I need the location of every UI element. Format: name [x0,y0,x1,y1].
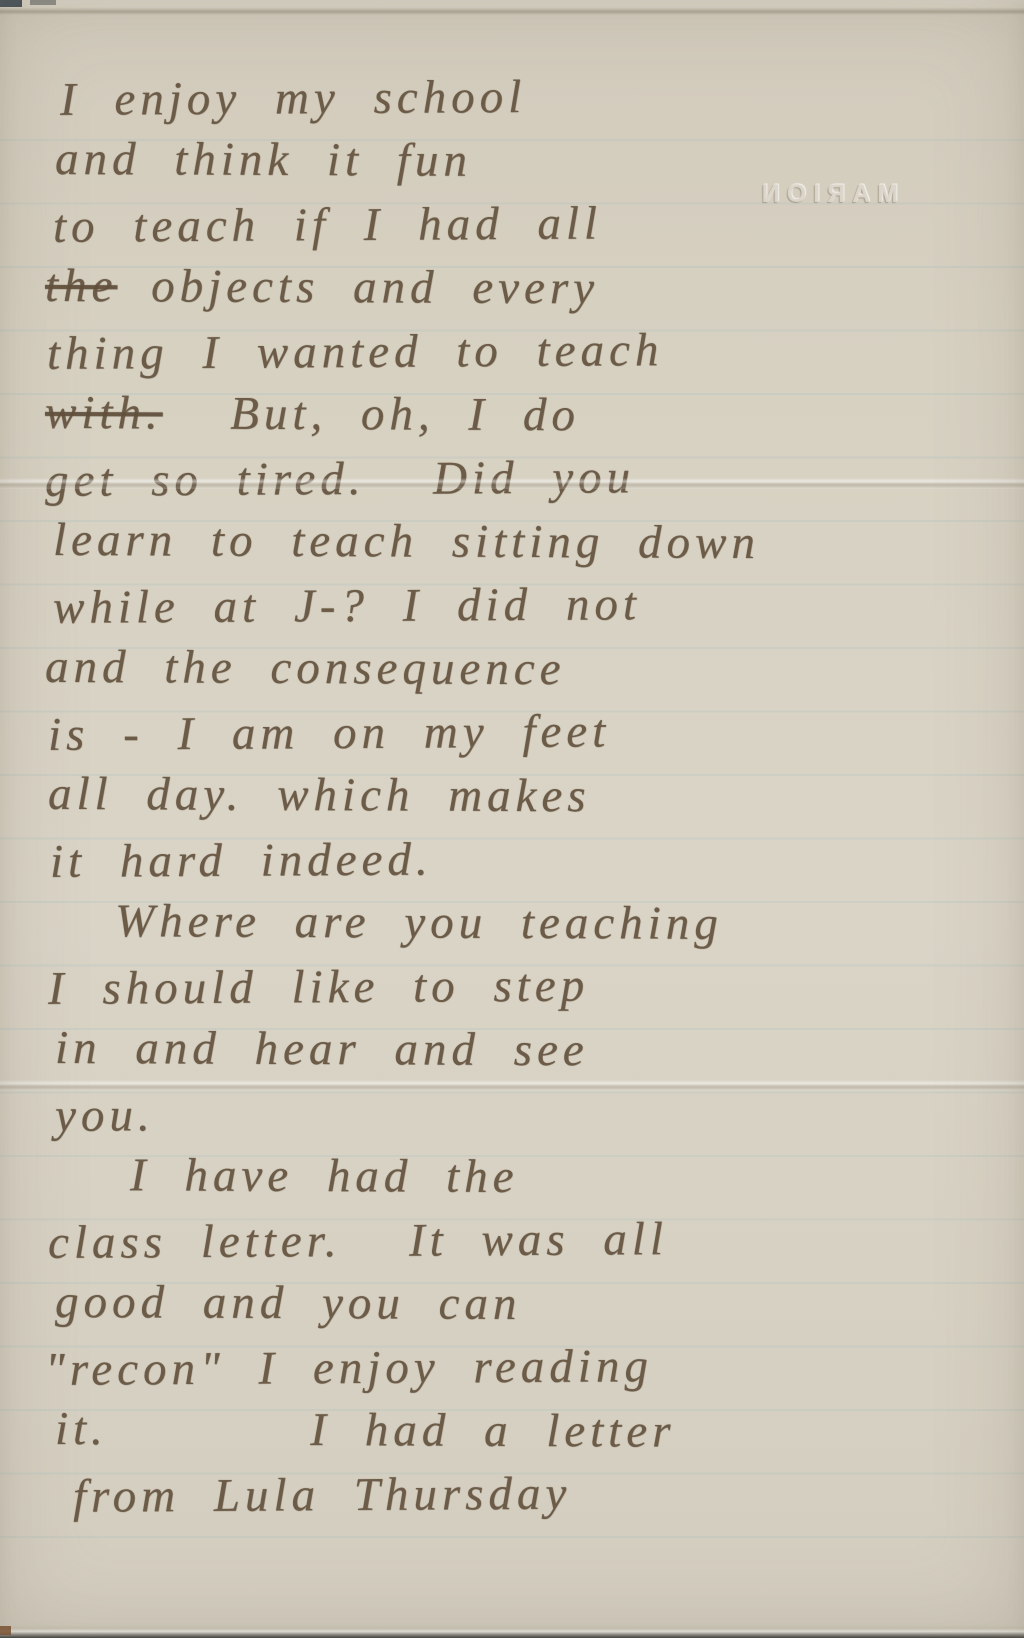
handwritten-line: get so tired. Did you [45,444,1006,513]
handwritten-line: "recon" I enjoy reading [45,1333,1006,1402]
handwritten-line: is - I am on my feet [45,698,1006,767]
handwritten-line: I have had the [45,1143,1006,1211]
handwritten-line: good and you can [45,1270,1006,1338]
paper-edge-top [0,0,1024,15]
handwritten-line: I enjoy my school [45,63,1006,132]
handwritten-line: and think it fun [45,127,1006,195]
handwritten-line: class letter. It was all [45,1206,1006,1275]
paper-edge-bottom [0,1625,1024,1638]
handwritten-line: with. But, oh, I do [45,381,1006,449]
handwritten-line: I should like to step [45,952,1006,1021]
handwritten-line: thing I wanted to teach [45,317,1006,386]
letter-page: MARION I enjoy my schooland think it fun… [0,0,1024,1638]
handwritten-line: from Lula Thursday [45,1460,1006,1529]
handwritten-line: and the consequence [45,635,1006,703]
handwritten-line: in and hear and see [45,1016,1006,1084]
struck-word: the [45,259,118,311]
handwritten-line: you. [45,1079,1006,1148]
scan-artifact-blue [0,0,22,7]
handwritten-line: while at J-? I did not [45,571,1006,640]
handwritten-line: the objects and every [45,254,1006,322]
scan-artifact-grey [30,0,56,5]
handwritten-line: Where are you teaching [45,889,1006,957]
handwritten-line: learn to teach sitting down [45,508,1006,576]
scan-artifact-spot [0,1626,11,1635]
handwritten-line: all day. which makes [45,762,1006,830]
struck-word: with. [45,386,163,439]
handwritten-line: to teach if I had all [45,190,1006,259]
handwritten-line: it. I had a letter [45,1397,1006,1465]
handwritten-line: it hard indeed. [45,825,1006,894]
letter-body: I enjoy my schooland think it funto teac… [45,66,1006,1527]
